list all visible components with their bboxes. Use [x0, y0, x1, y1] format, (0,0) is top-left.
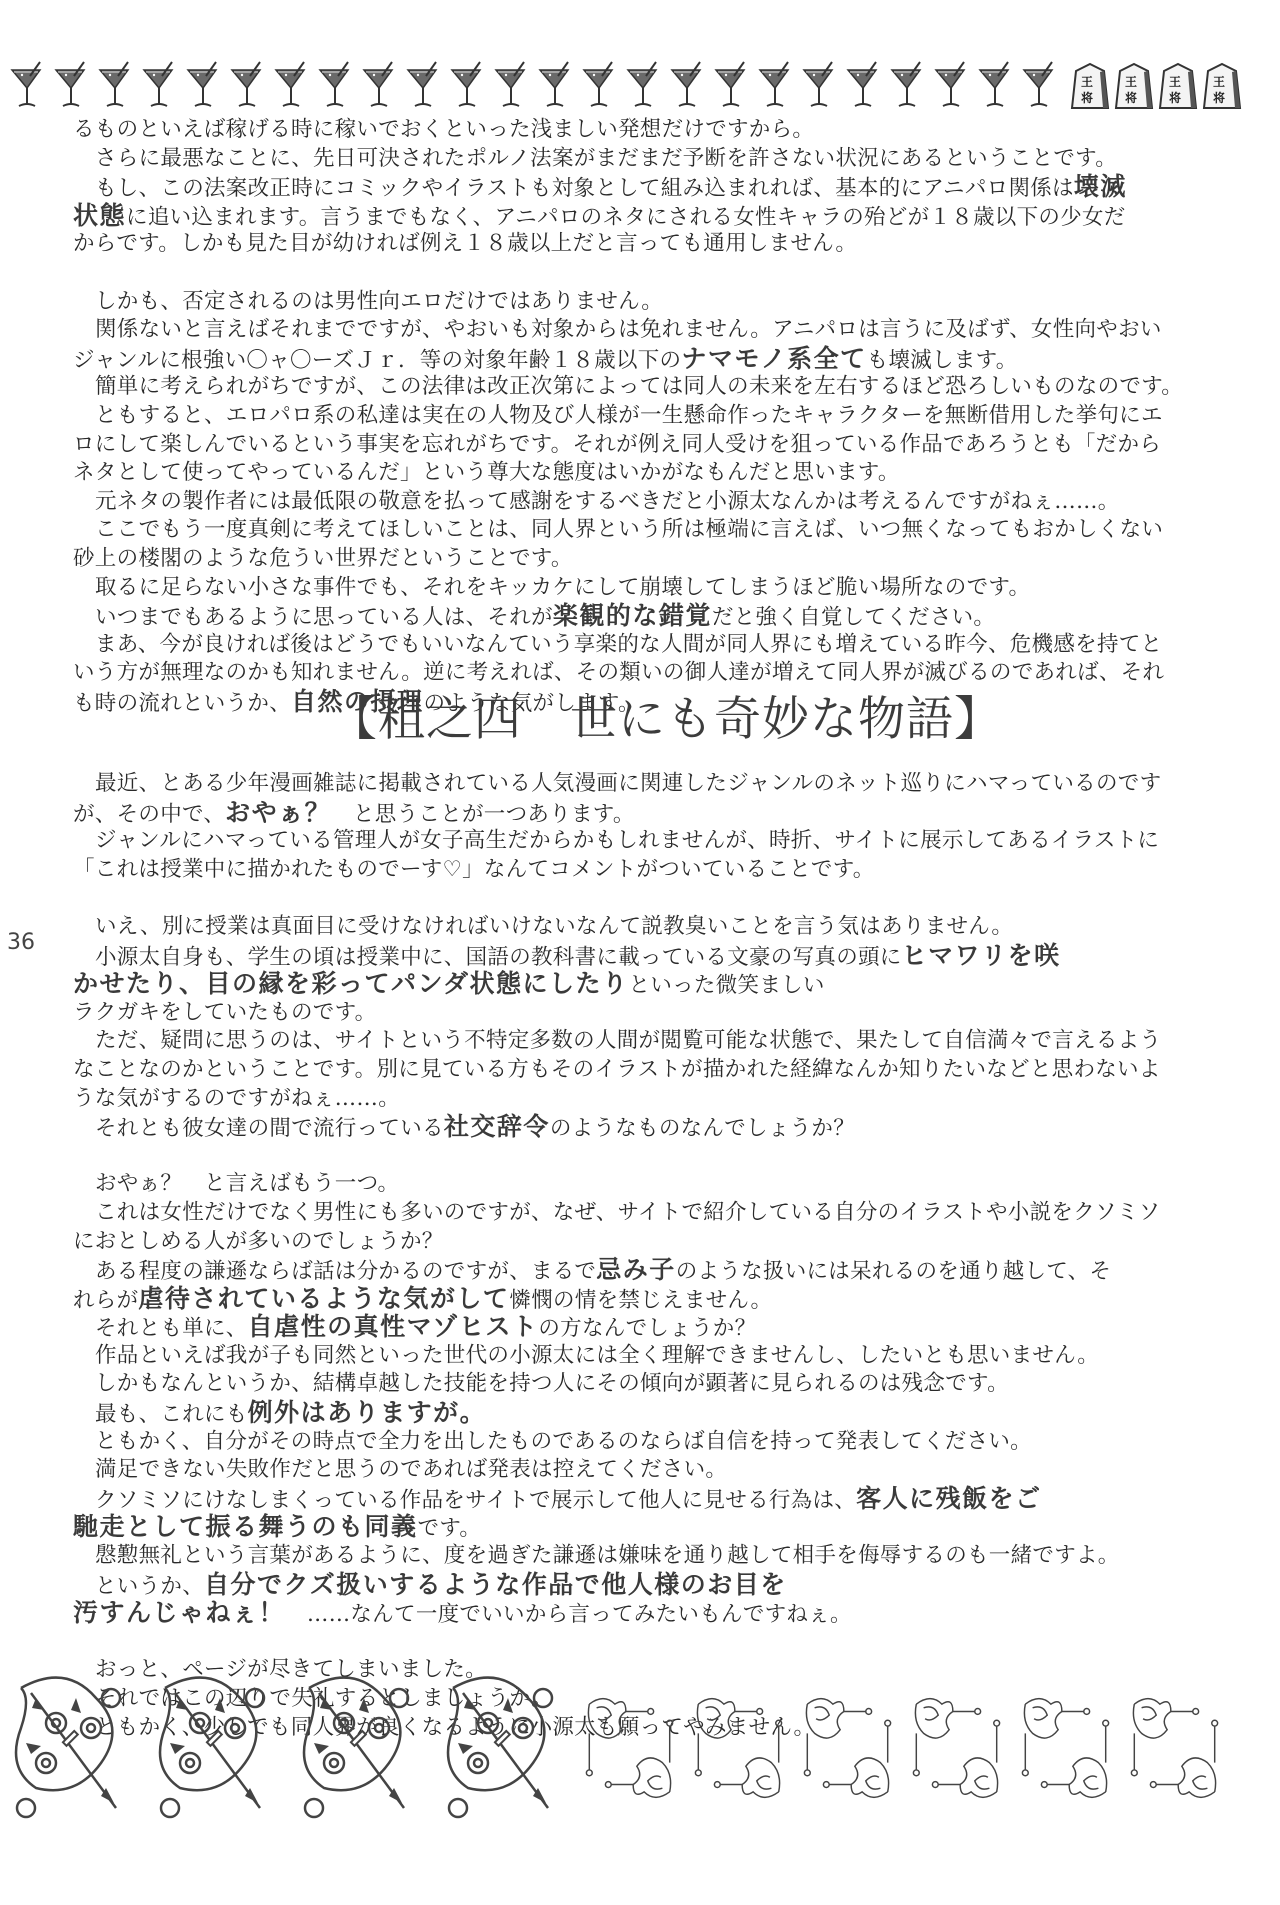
cocktail-glass-icon [138, 60, 182, 110]
body-text: しかもなんというか、結構卓越した技能を持つ人にその傾向が顕著に見られるのは残念で… [95, 1371, 1009, 1396]
emphasis-text: 社交辞令 [444, 1112, 550, 1141]
body-text: というか、 [95, 1574, 204, 1599]
text-line: クソミソにけなしまくっている作品をサイトで展示して他人に見せる行為は、客人に残飯… [73, 1485, 1173, 1514]
svg-text:王: 王 [1081, 74, 1093, 89]
cocktail-glass-icon [50, 60, 94, 110]
text-line: それとも彼女達の間で流行っている社交辞令のようなものなんでしょうか？ [73, 1113, 1173, 1142]
cocktail-glass-icon [446, 60, 490, 110]
body-text: それとも彼女達の間で流行っている [95, 1116, 444, 1141]
text-line: ここでもう一度真剣に考えてほしいことは、同人界という所は極端に言えば、いつ無くな… [73, 516, 1173, 545]
text-line: 馳走として振る舞うのも同義です。 [73, 1513, 1173, 1542]
text-line: それとも単に、自虐性の真性マゾヒストの方なんでしょうか？ [73, 1313, 1173, 1342]
body-text: 元ネタの製作者には最低限の敬意を払って感謝をするべきだと小源太なんかは考えるんで… [95, 489, 1120, 514]
body-text: うな気がするのですがねぇ……。 [73, 1086, 400, 1111]
cocktail-glass-icon [270, 60, 314, 110]
body-text: です。 [418, 1516, 482, 1541]
text-line: なことなのかということです。別に見ている方もそのイラストが描かれた経緯なんか知り… [73, 1056, 1173, 1085]
emphasis-text: 馳走として振る舞うのも同義 [73, 1512, 418, 1541]
text-line: 関係ないと言えばそれまでですが、やおいも対象からは免れません。アニパロは言うに及… [73, 316, 1173, 345]
text-line: ロにして楽しんでいるという事実を忘れがちです。それが例え同人受けを狙っている作品… [73, 431, 1173, 460]
top-border: 王将王将王将王将 [6, 58, 1256, 110]
corner-ornament-icon [800, 1668, 895, 1828]
text-line: ただ、疑問に思うのは、サイトという不特定多数の人間が閲覧可能な状態で、果たして自… [73, 1027, 1173, 1056]
body-text: ネタとして使ってやっているんだ」という尊大な態度はいかがなもんだと思います。 [73, 460, 900, 485]
body-text: 慇懃無礼という言葉があるように、度を過ぎた謙遜は嫌味を通り越して相手を侮辱するの… [95, 1543, 1120, 1568]
text-line: さらに最悪なことに、先日可決されたポルノ法案がまだまだ予断を許さない状況にあると… [73, 145, 1173, 174]
body-text: おやぁ？ と言えばもう一つ。 [95, 1171, 399, 1196]
body-text: の方なんでしょうか？ [538, 1316, 756, 1341]
cocktail-glass-icon [974, 60, 1018, 110]
text-line: 状態に追い込まれます。言うまでもなく、アニパロのネタにされる女性キャラの殆どが１… [73, 202, 1173, 231]
text-line: 慇懃無礼という言葉があるように、度を過ぎた謙遜は嫌味を通り越して相手を侮辱するの… [73, 1542, 1173, 1571]
body-text: も壊滅します。 [867, 348, 1018, 373]
text-line: いえ、別に授業は真面目に受けなければいけないなんて説教臭いことを言う気はありませ… [73, 913, 1173, 942]
body-text: いう方が無理なのかも知れません。逆に考えれば、その類いの御人達が増えて同人界が滅… [73, 660, 1164, 685]
text-line: 簡単に考えられがちですが、この法律は改正次第によっては同人の未来を左右するほど恐… [73, 373, 1173, 402]
text-line: ネタとして使ってやっているんだ」という尊大な態度はいかがなもんだと思います。 [73, 459, 1173, 488]
body-text: ある程度の謙遜ならば話は分かるのですが、まるで [95, 1259, 596, 1284]
body-text: 小源太自身も、学生の頃は授業中に、国語の教科書に載っている文豪の写真の頭に [95, 945, 902, 970]
cocktail-glass-icon [314, 60, 358, 110]
shogi-piece-icon: 王将 [1114, 62, 1158, 110]
corner-ornament-icon [691, 1668, 786, 1828]
swirl-ornament-icon [294, 1668, 424, 1828]
section-heading: 【粗之四 世にも奇妙な物語】 [330, 688, 1002, 752]
text-line: 作品といえば我が子も同然といった世代の小源太には全く理解できませんし、したいとも… [73, 1342, 1173, 1371]
emphasis-text: ヒマワリを咲 [902, 941, 1061, 970]
emphasis-text: ナマモノ系全て [681, 344, 866, 373]
article-section-1: るものといえば稼げる時に稼いでおくといった浅ましい発想だけですから。さらに最悪な… [73, 116, 1173, 716]
emphasis-text: 忌み子 [596, 1255, 676, 1284]
corner-ornament-icon [909, 1668, 1004, 1828]
text-line: が、その中で、おやぁ？ と思うことが一つあります。 [73, 799, 1173, 828]
corner-ornament-icon [582, 1668, 677, 1828]
swirl-ornament-icon [6, 1668, 136, 1828]
emphasis-text: 壊滅 [1074, 172, 1127, 201]
svg-text:将: 将 [1213, 90, 1225, 105]
cocktail-glass-icon [6, 60, 50, 110]
svg-text:将: 将 [1081, 90, 1093, 105]
emphasis-text: かせたり、目の縁を彩ってパンダ状態にしたり [73, 969, 629, 998]
text-line: 最も、これにも例外はありますが。 [73, 1399, 1173, 1428]
text-line: いつまでもあるように思っている人は、それが楽観的な錯覚だと強く自覚してください。 [73, 602, 1173, 631]
body-text: 作品といえば我が子も同然といった世代の小源太には全く理解できませんし、したいとも… [95, 1343, 1099, 1368]
body-text: におとしめる人が多いのでしょうか？ [73, 1229, 444, 1254]
body-text: からです。しかも見た目が幼ければ例え１８歳以上だと言っても通用しません。 [73, 231, 857, 256]
body-text: が、その中で、 [73, 802, 225, 827]
body-text: 砂上の楼閣のような危うい世界だということです。 [73, 546, 573, 571]
emphasis-text: 例外はありますが。 [248, 1398, 487, 1427]
body-text: しかも、否定されるのは男性向エロだけではありません。 [95, 289, 663, 314]
cocktail-glass-icon [226, 60, 270, 110]
body-text: ジャンルにハマっている管理人が女子高生だからかもしれませんが、時折、サイトに展示… [95, 828, 1159, 853]
emphasis-text: 自虐性の真性マゾヒスト [248, 1312, 539, 1341]
text-line: おやぁ？ と言えばもう一つ。 [73, 1170, 1173, 1199]
cocktail-glass-icon [182, 60, 226, 110]
text-line: 「これは授業中に描かれたものでーす♡」なんてコメントがついていることです。 [73, 856, 1173, 885]
text-line: るものといえば稼げる時に稼いでおくといった浅ましい発想だけですから。 [73, 116, 1173, 145]
cocktail-glass-icon [710, 60, 754, 110]
text-line: れらが虐待されているような気がして憐憫の情を禁じえません。 [73, 1285, 1173, 1314]
text-line: からです。しかも見た目が幼ければ例え１８歳以上だと言っても通用しません。 [73, 230, 1173, 259]
blank-line [73, 259, 1173, 288]
shogi-piece-icon: 王将 [1158, 62, 1202, 110]
cocktail-glass-icon [358, 60, 402, 110]
body-text: といった微笑ましい [629, 973, 825, 998]
body-text: と思うことが一つあります。 [331, 802, 634, 827]
cocktail-glass-icon [886, 60, 930, 110]
body-text: なことなのかということです。別に見ている方もそのイラストが描かれた経緯なんか知り… [73, 1057, 1161, 1082]
cocktail-glass-icon [930, 60, 974, 110]
cocktail-glass-icon [798, 60, 842, 110]
text-line: 満足できない失敗作だと思うのであれば発表は控えてください。 [73, 1456, 1173, 1485]
body-text: 取るに足らない小さな事件でも、それをキッカケにして崩壊してしまうほど脆い場所なの… [95, 575, 1030, 600]
cocktail-glass-row [6, 60, 1062, 110]
text-line: しかも、否定されるのは男性向エロだけではありません。 [73, 288, 1173, 317]
page-number: 36 [7, 930, 35, 955]
text-line: というか、自分でクズ扱いするような作品で他人様のお目を [73, 1571, 1173, 1600]
text-line: ともすると、エロパロ系の私達は実在の人物及び人様が一生懸命作ったキャラクターを無… [73, 402, 1173, 431]
text-line: うな気がするのですがねぇ……。 [73, 1085, 1173, 1114]
text-line: 小源太自身も、学生の頃は授業中に、国語の教科書に載っている文豪の写真の頭にヒマワ… [73, 942, 1173, 971]
body-text: 簡単に考えられがちですが、この法律は改正次第によっては同人の未来を左右するほど恐… [95, 374, 1183, 399]
body-text: いえ、別に授業は真面目に受けなければいけないなんて説教臭いことを言う気はありませ… [95, 914, 1013, 939]
shogi-piece-row: 王将王将王将王将 [1070, 62, 1246, 110]
body-text: ただ、疑問に思うのは、サイトという不特定多数の人間が閲覧可能な状態で、果たして自… [95, 1028, 1161, 1053]
blank-line [73, 884, 1173, 913]
emphasis-text: 虐待されているような気がして [138, 1284, 509, 1313]
body-text: これは女性だけでなく男性にも多いのですが、なぜ、サイトで紹介している自分のイラス… [95, 1200, 1160, 1225]
body-text: 憐憫の情を禁じえません。 [509, 1288, 772, 1313]
body-text: も時の流れというか、 [73, 691, 291, 716]
cocktail-glass-icon [534, 60, 578, 110]
shogi-piece-icon: 王将 [1070, 62, 1114, 110]
text-line: これは女性だけでなく男性にも多いのですが、なぜ、サイトで紹介している自分のイラス… [73, 1199, 1173, 1228]
text-line: ある程度の謙遜ならば話は分かるのですが、まるで忌み子のような扱いには呆れるのを通… [73, 1256, 1173, 1285]
body-text: に追い込まれます。言うまでもなく、アニパロのネタにされる女性キャラの殆どが１８歳… [126, 205, 1126, 230]
body-text: 関係ないと言えばそれまでですが、やおいも対象からは免れません。アニパロは言うに及… [95, 317, 1162, 342]
body-text: ……なんて一度でいいから言ってみたいもんですねぇ。 [285, 1602, 852, 1627]
emphasis-text: 汚すんじゃねぇ！ [73, 1598, 285, 1627]
cocktail-glass-icon [666, 60, 710, 110]
body-text: ラクガキをしていたものです。 [73, 1000, 376, 1025]
body-text: 「これは授業中に描かれたものでーす♡」なんてコメントがついていることです。 [73, 857, 875, 882]
text-line: まあ、今が良ければ後はどうでもいいなんていう享楽的な人間が同人界にも増えている昨… [73, 631, 1173, 660]
body-text: ロにして楽しんでいるという事実を忘れがちです。それが例え同人受けを狙っている作品… [73, 432, 1161, 457]
cocktail-glass-icon [754, 60, 798, 110]
bottom-ornament-border [6, 1668, 1256, 1838]
blank-line [73, 1628, 1173, 1657]
text-line: 取るに足らない小さな事件でも、それをキッカケにして崩壊してしまうほど脆い場所なの… [73, 574, 1173, 603]
body-text: のような扱いには呆れるのを通り越して、そ [676, 1259, 1112, 1284]
body-text: 最近、とある少年漫画雑誌に掲載されている人気漫画に関連したジャンルのネット巡りに… [95, 771, 1161, 796]
svg-text:王: 王 [1169, 74, 1181, 89]
cocktail-glass-icon [402, 60, 446, 110]
body-text: ここでもう一度真剣に考えてほしいことは、同人界という所は極端に言えば、いつ無くな… [95, 517, 1163, 542]
text-line: いう方が無理なのかも知れません。逆に考えれば、その類いの御人達が増えて同人界が滅… [73, 659, 1173, 688]
svg-text:将: 将 [1169, 90, 1181, 105]
emphasis-text: 楽観的な錯覚 [553, 601, 712, 630]
emphasis-text: 状態 [73, 201, 126, 230]
text-line: ともかく、自分がその時点で全力を出したものであるのならば自信を持って発表してくだ… [73, 1428, 1173, 1457]
emphasis-text: おやぁ？ [225, 798, 331, 827]
body-text: いつまでもあるように思っている人は、それが [95, 605, 553, 630]
body-text: ジャンルに根強い〇ャ〇ーズＪｒ．等の対象年齢１８歳以下の [73, 348, 681, 373]
body-text: ともかく、自分がその時点で全力を出したものであるのならば自信を持って発表してくだ… [95, 1429, 1032, 1454]
text-line: かせたり、目の縁を彩ってパンダ状態にしたりといった微笑ましい [73, 970, 1173, 999]
body-text: るものといえば稼げる時に稼いでおくといった浅ましい発想だけですから。 [73, 117, 814, 142]
svg-text:王: 王 [1125, 74, 1137, 89]
cocktail-glass-icon [94, 60, 138, 110]
body-text: 満足できない失敗作だと思うのであれば発表は控えてください。 [95, 1457, 727, 1482]
article-section-2: 最近、とある少年漫画雑誌に掲載されている人気漫画に関連したジャンルのネット巡りに… [73, 770, 1173, 1742]
swirl-ornament-icon [150, 1668, 280, 1828]
corner-ornament-icon [1018, 1668, 1113, 1828]
cocktail-glass-icon [622, 60, 666, 110]
text-line: 砂上の楼閣のような危うい世界だということです。 [73, 545, 1173, 574]
svg-text:将: 将 [1125, 90, 1137, 105]
cocktail-glass-icon [842, 60, 886, 110]
text-line: 汚すんじゃねぇ！ ……なんて一度でいいから言ってみたいもんですねぇ。 [73, 1599, 1173, 1628]
body-text: それとも単に、 [95, 1316, 248, 1341]
text-line: ジャンルに根強い〇ャ〇ーズＪｒ．等の対象年齢１８歳以下のナマモノ系全ても壊滅しま… [73, 345, 1173, 374]
body-text: れらが [73, 1288, 138, 1313]
body-text: さらに最悪なことに、先日可決されたポルノ法案がまだまだ予断を許さない状況にあると… [95, 146, 1117, 171]
cocktail-glass-icon [1018, 60, 1062, 110]
shogi-piece-icon: 王将 [1202, 62, 1246, 110]
body-text: だと強く自覚してください。 [712, 605, 995, 630]
cocktail-glass-icon [490, 60, 534, 110]
text-line: ラクガキをしていたものです。 [73, 999, 1173, 1028]
body-text: ともすると、エロパロ系の私達は実在の人物及び人様が一生懸命作ったキャラクターを無… [95, 403, 1163, 428]
swirl-ornament-icon [438, 1668, 568, 1828]
body-text: もし、この法案改正時にコミックやイラストも対象として組み込まれれば、基本的にアニ… [95, 176, 1074, 201]
body-text: のようなものなんでしょうか？ [550, 1116, 855, 1141]
text-line: ジャンルにハマっている管理人が女子高生だからかもしれませんが、時折、サイトに展示… [73, 827, 1173, 856]
cocktail-glass-icon [578, 60, 622, 110]
text-line: もし、この法案改正時にコミックやイラストも対象として組み込まれれば、基本的にアニ… [73, 173, 1173, 202]
body-text: 最も、これにも [95, 1402, 248, 1427]
blank-line [73, 1142, 1173, 1171]
corner-ornament-icon [1127, 1668, 1222, 1828]
emphasis-text: 自分でクズ扱いするような作品で他人様のお目を [204, 1570, 787, 1599]
text-line: におとしめる人が多いのでしょうか？ [73, 1228, 1173, 1257]
body-text: まあ、今が良ければ後はどうでもいいなんていう享楽的な人間が同人界にも増えている昨… [95, 632, 1162, 657]
text-line: しかもなんというか、結構卓越した技能を持つ人にその傾向が顕著に見られるのは残念で… [73, 1370, 1173, 1399]
emphasis-text: 客人に残飯をご [856, 1484, 1042, 1513]
text-line: 最近、とある少年漫画雑誌に掲載されている人気漫画に関連したジャンルのネット巡りに… [73, 770, 1173, 799]
text-line: 元ネタの製作者には最低限の敬意を払って感謝をするべきだと小源太なんかは考えるんで… [73, 488, 1173, 517]
svg-text:王: 王 [1213, 74, 1225, 89]
body-text: クソミソにけなしまくっている作品をサイトで展示して他人に見せる行為は、 [95, 1488, 856, 1513]
